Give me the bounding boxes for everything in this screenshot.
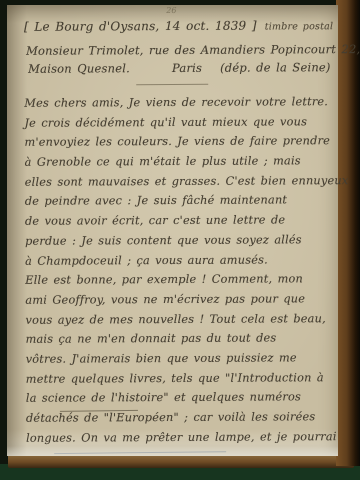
body-line: Mes chers amis, Je viens de recevoir vot… [24, 92, 333, 113]
body-line: vous ayez de mes nouvelles ! Tout cela e… [25, 309, 334, 330]
body-line: mais ça ne m'en donnait pas du tout des [26, 328, 335, 349]
page-number: 26 [166, 6, 176, 15]
letter-body: Mes chers amis, Je viens de recevoir vot… [24, 92, 335, 448]
body-line: vôtres. J'aimerais bien que vous puissie… [26, 348, 335, 369]
dateline-text: [ Le Bourg d'Oysans, 14 oct. 1839 ] [24, 19, 257, 34]
body-line: à Grenoble ce qui m'était le plus utile … [25, 151, 334, 172]
body-line: m'envoyiez les couleurs. Je viens de fai… [24, 132, 333, 153]
body-line: à Champdoceuil ; ça vous aura amusés. [25, 250, 334, 271]
handwriting-layer: 26 [ Le Bourg d'Oysans, 14 oct. 1839 ]ti… [6, 4, 339, 457]
body-line: Je crois décidément qu'il vaut mieux que… [24, 112, 333, 133]
book-page-edges [8, 455, 354, 468]
address-house: Maison Quesnel. [28, 61, 130, 76]
body-line: mettre quelques livres, tels que "l'Intr… [26, 368, 335, 389]
address-city: Paris [172, 61, 202, 75]
book-spine-edge [336, 0, 360, 466]
body-line: de vous avoir écrit, car c'est une lettr… [25, 210, 334, 231]
dateline: [ Le Bourg d'Oysans, 14 oct. 1839 ]timbr… [24, 18, 331, 34]
body-line: Elle est bonne, par exemple ! Comment, m… [25, 269, 334, 290]
body-line: longues. On va me prêter une lampe, et j… [26, 427, 335, 448]
body-line: elles sont mauvaises et grasses. C'est b… [25, 171, 334, 192]
address-line-recipient: Monsieur Trimolet, rue des Amandiers Pop… [26, 42, 331, 58]
address-department: (dép. de la Seine) [220, 60, 331, 75]
body-line: ami Geoffroy, vous ne m'écrivez pas pour… [25, 289, 334, 310]
separator-rule [136, 84, 208, 85]
body-line: perdue : Je suis content que vous soyez … [25, 230, 334, 251]
body-line: de peindre avec : Je suis fâché maintena… [25, 191, 334, 212]
body-line: la science de l'histoire" et quelques nu… [26, 387, 335, 408]
letter-page: 26 [ Le Bourg d'Oysans, 14 oct. 1839 ]ti… [7, 5, 338, 456]
paper-bottom-edge [7, 446, 338, 456]
address-line-city: Maison Quesnel. Paris (dép. de la Seine) [28, 60, 331, 76]
postmark-annotation: timbre postal [265, 21, 333, 32]
photographed-manuscript: 26 [ Le Bourg d'Oysans, 14 oct. 1839 ]ti… [0, 0, 360, 480]
